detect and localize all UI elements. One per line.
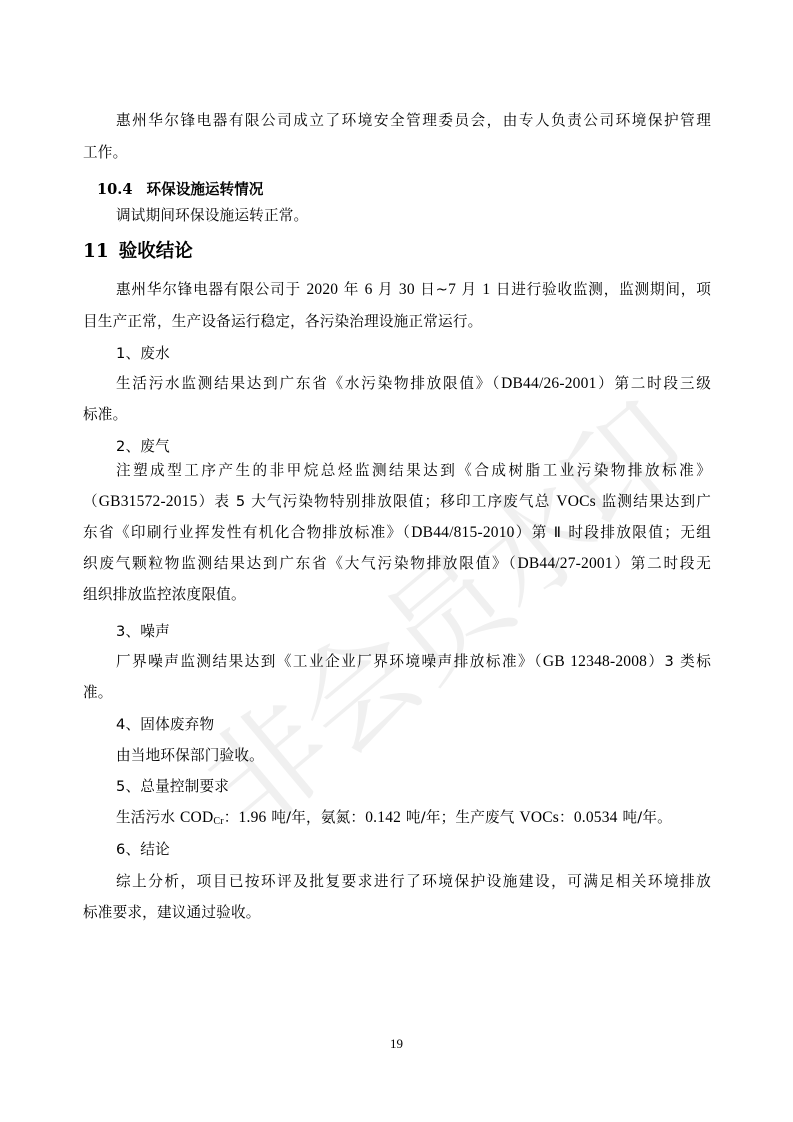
- paragraph-line: 调试期间环保设施运转正常。: [116, 206, 308, 226]
- paragraph-line: 工作。: [83, 143, 127, 163]
- paragraph-line: 惠州华尔锋电器有限公司于 2020 年 6 月 30 日~7 月 1 日进行验收…: [116, 280, 711, 300]
- paragraph-line: 目生产正常，生产设备运行稳定，各污染治理设施正常运行。: [83, 312, 482, 332]
- paragraph-line: 由当地环保部门验收。: [116, 746, 264, 766]
- item-heading-waste-gas: 2、废气: [116, 437, 170, 457]
- item-heading-conclusion: 6、结论: [116, 840, 170, 860]
- paragraph-line: 惠州华尔锋电器有限公司成立了环境安全管理委员会，由专人负责公司环境保护管理: [116, 111, 711, 131]
- item-heading-noise: 3、噪声: [116, 622, 170, 642]
- paragraph-line: 组织排放监控浓度限值。: [83, 585, 246, 605]
- document-page: 非会员水印 惠州华尔锋电器有限公司成立了环境安全管理委员会，由专人负责公司环境保…: [0, 0, 793, 1122]
- paragraph-line: 标准。: [83, 405, 127, 425]
- paragraph-line: 标准要求，建议通过验收。: [83, 903, 261, 923]
- subsection-number: 10.4: [97, 181, 133, 198]
- watermark: 非会员水印: [163, 358, 717, 861]
- paragraph-line: 东省《印刷行业挥发性有机化合物排放标准》（DB44/815-2010）第 Ⅱ 时…: [83, 523, 711, 543]
- paragraph-line: 织废气颗粒物监测结果达到广东省《大气污染物排放限值》（DB44/27-2001）…: [83, 554, 711, 574]
- section-title: 验收结论: [119, 241, 193, 262]
- subsection-title: 环保设施运转情况: [147, 181, 264, 198]
- paragraph-line: 综上分析，项目已按环评及批复要求进行了环境保护设施建设，可满足相关环境排放: [116, 872, 711, 892]
- paragraph-line: （GB31572-2015）表 5 大气污染物特别排放限值；移印工序废气总 VO…: [83, 492, 711, 512]
- paragraph-line: 生活污水 CODCr：1.96 吨/年，氨氮：0.142 吨/年；生产废气 VO…: [116, 808, 672, 832]
- subsection-heading: 10.4环保设施运转情况: [97, 180, 263, 200]
- item-heading-wastewater: 1、废水: [116, 344, 170, 364]
- paragraph-line: 生活污水监测结果达到广东省《水污染物排放限值》（DB44/26-2001）第二时…: [116, 374, 711, 394]
- section-number: 11: [83, 241, 109, 262]
- page-number: 19: [0, 1036, 793, 1052]
- paragraph-line: 注塑成型工序产生的非甲烷总烃监测结果达到《合成树脂工业污染物排放标准》: [116, 461, 711, 481]
- section-heading: 11验收结论: [83, 240, 193, 264]
- item-heading-solid-waste: 4、固体废弃物: [116, 715, 214, 735]
- paragraph-line: 准。: [83, 683, 113, 703]
- item-heading-total-control: 5、总量控制要求: [116, 777, 229, 797]
- paragraph-line: 厂界噪声监测结果达到《工业企业厂界环境噪声排放标准》（GB 12348-2008…: [116, 652, 711, 672]
